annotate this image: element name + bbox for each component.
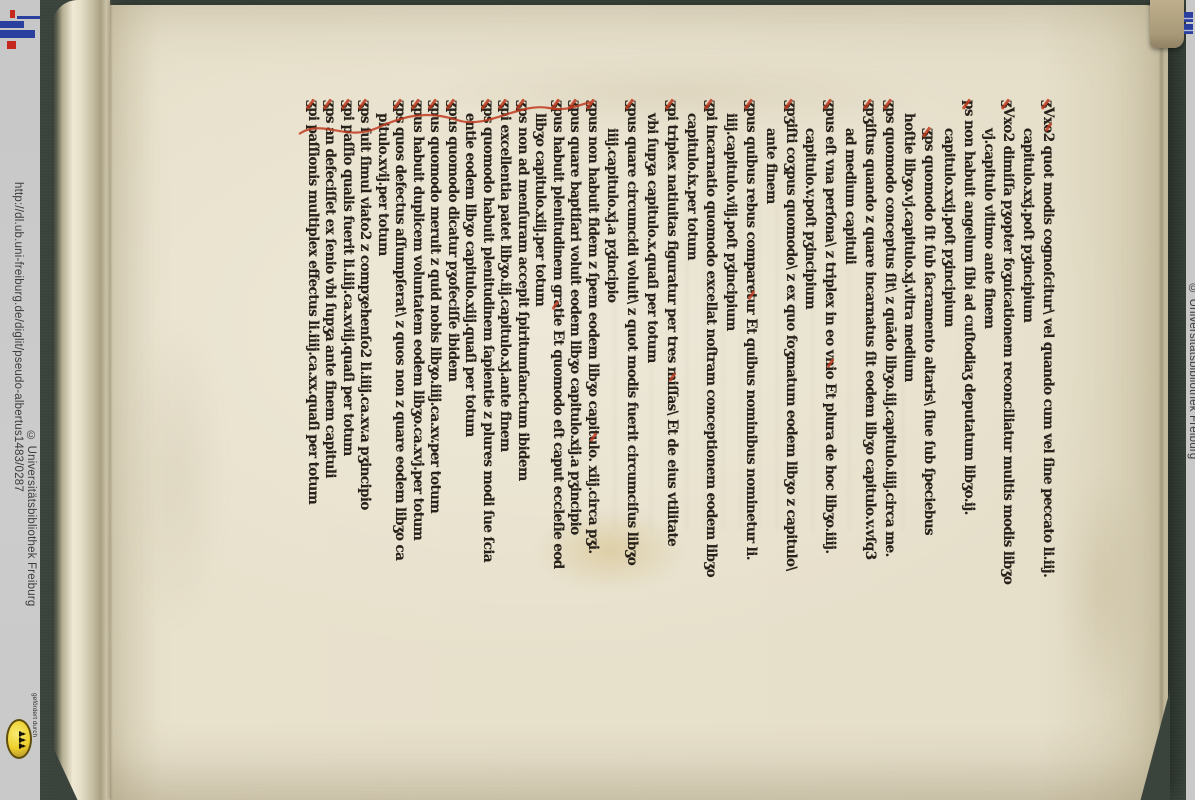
text-line: ante finem [763, 128, 778, 204]
text-line: capitulo.xxij.poſt pʒincipium [941, 128, 956, 327]
scanner-strip-left: http://dl.ub.uni-freiburg.de/diglit/pseu… [0, 0, 40, 800]
funding-logo: ♟♟♟ [6, 719, 32, 759]
text-line: ʒps non ad menſuram accepit ſpiritumſanc… [515, 100, 530, 481]
text-line: ʒpus non habuit fidem z ſpem eodem libʒo… [585, 100, 600, 553]
text-line: ʒpus quare baptiſari voluit eodem libʒo … [567, 100, 582, 535]
text-line: ʒpi excellentia patet libʒo.iij.capitulo… [497, 100, 512, 452]
text-line: iiij.capitulo.viij.poſt pʒincipium [723, 113, 738, 331]
registration-mark-blue [1184, 24, 1193, 34]
text-line: ʒpus quare circumcidi voluit\ z quot mod… [624, 100, 639, 565]
text-line: ps non habuit angelum ſibi ad cuſtodiaʒ … [961, 100, 976, 515]
text-line: ad medium capituli [842, 128, 857, 264]
text-line: ʒpi triplex natiuitas figuratur per tres… [664, 100, 679, 546]
text-line: entie eodem libʒo capitulo.xiij.quaſi pe… [462, 113, 477, 437]
text-line: ʒps quomodo ſit ſub ſacramento altaris\ … [921, 128, 936, 535]
registration-mark-blue [17, 16, 40, 19]
registration-mark-red [7, 41, 16, 49]
text-line: capitulo.ix.per totum [684, 113, 699, 260]
copyright-text-right: © Universitätsbibliothek Freiburg [1187, 283, 1195, 459]
text-line: ʒps quos defectus aſſumpſerat\ z quos no… [392, 100, 407, 560]
text-line: ʒpus eſt vna perſona\ z triplex in eo vn… [822, 100, 837, 553]
funding-logo-figures-icon: ♟♟♟ [3, 726, 39, 752]
red-squiggle [295, 88, 595, 152]
registration-mark-red [10, 10, 15, 18]
text-line: iiij.capitulo.xj.a pʒincipio [604, 128, 619, 302]
text-line: ʒpʒiſti coʒpus quomodo\ z ex quo foʒmatu… [783, 100, 798, 571]
text-line: ʒpʒiſtus quando z quare incarnatus ſit e… [862, 100, 877, 560]
text-line: ʒps quomodo habuit plenitudinem ſapienti… [480, 100, 495, 562]
text-line: ʒpi paſſionis multiplex effectus li.iiij… [305, 100, 320, 504]
text-line: ʒps fuit ſimul viato2 z compʒehenſo2 li.… [357, 100, 372, 510]
text-line: ʒps quomodo conceptus ſit\ z quādo libʒo… [882, 100, 897, 557]
registration-mark-blue [1184, 12, 1193, 22]
text-line: ʒpus quomodo meruit z quid nobis libʒo.i… [427, 100, 442, 513]
copyright-text: © Universitätsbibliothek Freiburg [25, 430, 37, 606]
text-line: ʒVxo2 dimiſſa pʒopter foʒnicationem reco… [1000, 100, 1015, 584]
text-line: ʒpus habuit duplicem voluntatem eodem li… [410, 100, 425, 540]
text-line: ʒpus quibus rebus comparetur Et quibus n… [743, 100, 758, 560]
source-url-text: http://dl.ub.uni-freiburg.de/diglit/pseu… [12, 182, 24, 492]
text-line: capitulo.xxj.poſt pʒincipium [1020, 128, 1035, 322]
text-line: ʒpi incarnatio quomodo excellat noſtram … [703, 100, 718, 577]
registration-mark-blue [0, 30, 35, 38]
text-line: vbi ſupʒa capitulo.x.quaſi per totum [644, 113, 659, 363]
text-line: hoſtie libʒo.vj.capitulo.xj.vltra medium [901, 113, 916, 382]
scan-canvas: ʒVxo2 quot modis cognoſcitur\ vel quando… [0, 0, 1195, 800]
text-line: ʒVxo2 quot modis cognoſcitur\ vel quando… [1040, 100, 1055, 577]
text-line: vj.capitulo vltimo ante finem [981, 128, 996, 329]
registration-mark-blue [0, 21, 24, 28]
text-line: ʒpi paſſio qualis fuerit li.iiij.ca.xvii… [340, 100, 355, 456]
page-text-block: ʒVxo2 quot modis cognoſcitur\ vel quando… [0, 0, 1195, 800]
text-line: ʒpus habuit plenitudinem gratie Et quomo… [550, 100, 565, 569]
text-line: ʒps an defeciſſet ex ſenio vbi ſupʒa ant… [322, 100, 337, 478]
text-line: capitulo.v.poſt pʒincipium [802, 128, 817, 309]
